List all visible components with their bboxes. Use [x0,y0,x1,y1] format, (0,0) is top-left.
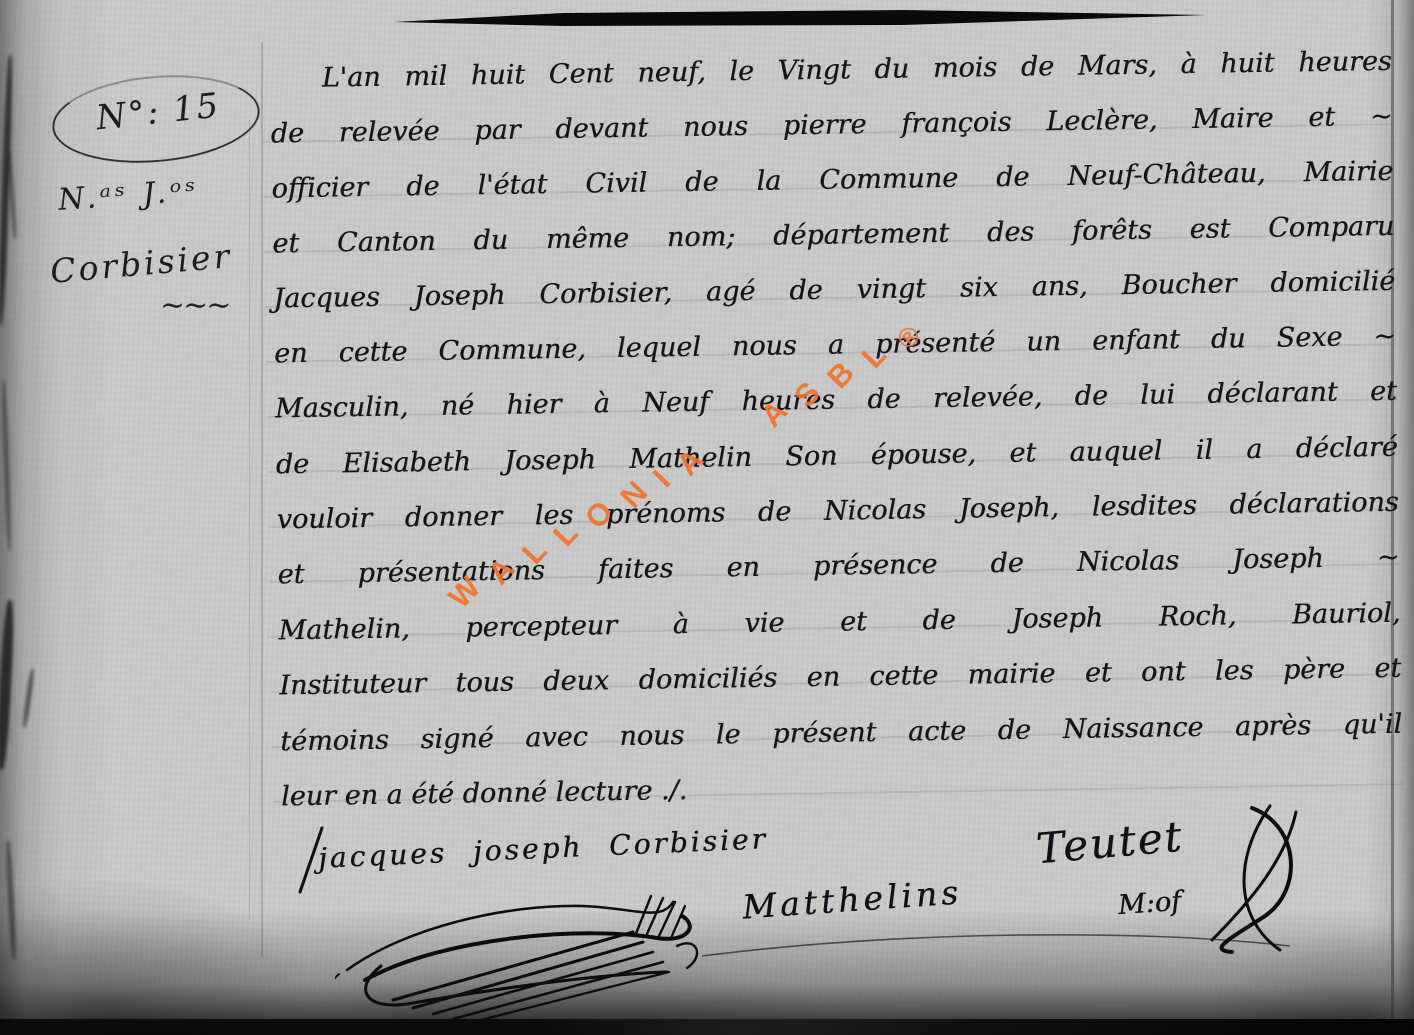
body-line: Mathelin, percepteur à vie et de Joseph … [278,597,1400,648]
body-line: témoins signé avec nous le présent acte … [280,708,1402,759]
body-line: vouloir donner les prénoms de Nicolas Jo… [276,486,1398,537]
body-line: de Elisabeth Joseph Mathelin Son épouse,… [276,431,1398,482]
scanned-register-page: N°: 15 N.ᵃˢ J.ᵒˢ Corbisier ∼∼∼ L'an mil … [0,0,1414,1035]
watermark-letter: I [646,463,678,494]
signature-flourish-bauriol [335,878,725,1028]
scan-bottom-edge [0,1019,1414,1035]
body-line: L'an mil huit Cent neuf, le Vingt du moi… [322,45,1392,95]
body-line: de relevée par devant nous pierre franço… [270,100,1392,151]
signature-mayor-paraph [1190,800,1310,960]
signature-mayor-initials: M:of [1117,886,1182,921]
body-line: et Canton du même nom; département des f… [272,210,1394,261]
body-line: officier de l'état Civil de la Commune d… [271,155,1393,206]
body-line: Jacques Joseph Corbisier, agé de vingt s… [273,265,1395,316]
body-line: Instituteur tous deux domiciliés en cett… [279,652,1401,703]
